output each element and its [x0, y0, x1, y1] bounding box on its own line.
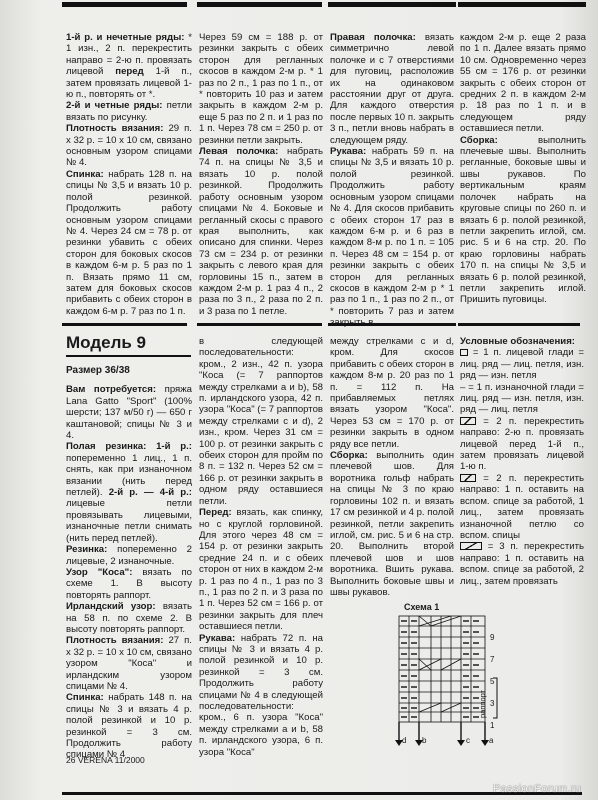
arrow-label-d: d — [402, 736, 406, 745]
paragraph: Ирландский узор: вязать на 58 п. по схем… — [66, 601, 192, 635]
paragraph: Левая полочка: набрать 74 п. на спицы № … — [199, 146, 323, 317]
row-label: 3 — [490, 693, 494, 715]
row-label: 9 — [490, 627, 494, 649]
knit-square-icon — [460, 349, 468, 356]
paragraph: в следующей последовательности: кром., 2… — [199, 336, 323, 507]
paragraph: каждом 2-м р. еще 2 раза по 1 п. Далее в… — [460, 32, 586, 135]
magazine-page: 1-й р. и нечетные ряды: * 1 изн., 2 п. п… — [0, 0, 598, 800]
legend-item: = 2 п. перекрестить направо: 1 п. остави… — [460, 473, 584, 541]
model-column-1: Модель 9 Размер 36/38 Вам потребуется: п… — [66, 333, 192, 761]
paragraph: Сборка: выполнить плечевые швы. Выполнит… — [460, 135, 586, 306]
paragraph: Через 59 см = 188 р. от резинки закрыть … — [199, 32, 323, 146]
size-label: Размер 36/38 — [66, 365, 192, 376]
row-label: 5 — [490, 671, 494, 693]
paragraph: Полая резинка: 1-й р.: попеременно 1 лиц… — [66, 441, 192, 544]
arrow-label-a: a — [489, 736, 493, 745]
top-rule-3 — [328, 2, 456, 7]
top-column-1: 1-й р. и нечетные ряды: * 1 изн., 2 п. п… — [66, 32, 192, 317]
paragraph: 1-й р. и нечетные ряды: * 1 изн., 2 п. п… — [66, 32, 192, 100]
legend: Условные обозначения: = 1 п. лицевой гла… — [460, 336, 584, 587]
paragraph: между стрелками c и d, кром. Для скосов … — [330, 336, 454, 450]
paragraph: Рукава: набрать 72 п. на спицы № 3 и вяз… — [199, 633, 323, 758]
section-rule-3 — [328, 323, 456, 326]
arrow-label-b: b — [422, 736, 426, 745]
model-title: Модель 9 — [66, 333, 191, 357]
cross-2-right-icon — [460, 417, 476, 425]
paragraph: Узор "Коса": вязать по схеме 1. В высоту… — [66, 567, 192, 601]
legend-title: Условные обозначения: — [460, 336, 584, 347]
top-column-3: Правая полочка: вязать симметрично левой… — [330, 32, 454, 329]
paragraph: 2-й и четные ряды: петли вязать по рисун… — [66, 100, 192, 123]
row-label: 7 — [490, 649, 494, 671]
cross-3-right-icon — [460, 542, 482, 550]
section-rule-2 — [197, 323, 322, 326]
model-column-2: в следующей последовательности: кром., 2… — [199, 336, 323, 758]
row-label: 1 — [490, 715, 494, 737]
legend-item: = 3 п. перекрестить направо: 1 п. остави… — [460, 541, 584, 587]
section-rule-1 — [62, 323, 187, 326]
top-rule-4 — [458, 2, 586, 7]
legend-item: = 1 п. лицевой глади = лиц. ряд — лиц. п… — [460, 347, 584, 381]
paragraph: Рукава: набрать 59 п. на спицы № 3,5 и в… — [330, 146, 454, 329]
section-rule-4 — [458, 323, 580, 326]
legend-item: – = 1 п. изнаночной глади = лиц. ряд — и… — [460, 382, 584, 416]
paragraph: Правая полочка: вязать симметрично левой… — [330, 32, 454, 146]
top-column-4: каждом 2-м р. еще 2 раза по 1 п. Далее в… — [460, 32, 586, 306]
scheme-row-labels: 9 7 5 3 1 — [490, 627, 494, 737]
watermark: PassionForum.ru — [493, 783, 581, 795]
arrow-label-c: c — [466, 736, 470, 745]
paragraph: Вам потребуется: пряжа Lana Gatto "Sport… — [66, 384, 192, 441]
scheme-title: Схема 1 — [404, 602, 439, 612]
paragraph: Плотность вязания: 29 п. х 32 р. = 10 х … — [66, 123, 192, 169]
paragraph: Спинка: набрать 128 п. на спицы № 3,5 и … — [66, 169, 192, 317]
paragraph: Спинка: набрать 148 п. на спицы № 3 и вя… — [66, 692, 192, 760]
page-footer: 26 VERENA 11/2000 — [66, 755, 145, 765]
paragraph: Сборка: выполнить один плечевой шов. Для… — [330, 450, 454, 598]
top-rule-2 — [197, 2, 322, 7]
cross-2-right-purl-icon — [460, 474, 476, 482]
model-column-3: между стрелками c и d, кром. Для скосов … — [330, 336, 454, 598]
repeat-label: раппорт — [478, 690, 487, 718]
paragraph: Плотность вязания: 27 п. х 32 р. = 10 х … — [66, 635, 192, 692]
top-column-2: Через 59 см = 188 р. от резинки закрыть … — [199, 32, 323, 317]
paragraph: Резинка: попеременно 2 лицевые, 2 изнано… — [66, 544, 192, 567]
top-rule-1 — [62, 2, 187, 7]
paragraph: Перед: вязать, как спинку, но с круглой … — [199, 507, 323, 632]
legend-item: = 2 п. перекрестить направо: 2-ю п. пров… — [460, 416, 584, 473]
